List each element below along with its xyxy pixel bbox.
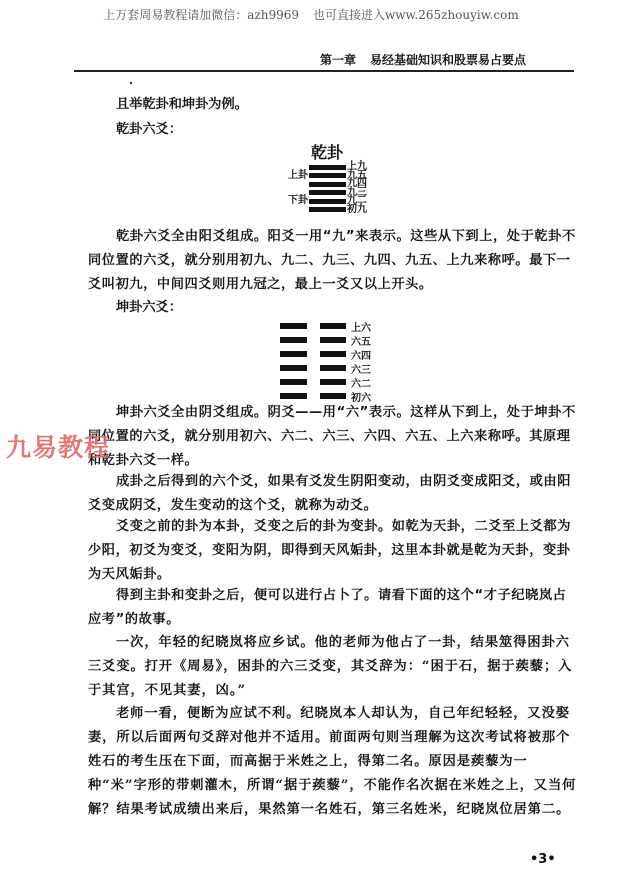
yang-line (309, 199, 346, 204)
kun-hexagram-diagram: 上六 六五 六四 六三 六二 初六 (280, 319, 371, 403)
bengua-paragraph: 爻变之前的卦为本卦，爻变之后的卦为变卦。如乾为天卦，二爻至上爻都为少阳，初爻为变… (88, 515, 580, 587)
yin-line-left (280, 393, 307, 399)
yang-line (309, 207, 346, 212)
yang-line (309, 165, 346, 170)
lower-trigram-label: 下卦 (282, 197, 309, 205)
yin-line-right (320, 323, 346, 329)
yin-line-left (280, 323, 307, 329)
yin-line-left (280, 351, 307, 357)
yin-line-right (320, 365, 346, 371)
qian-label: 乾卦六爻： (116, 118, 182, 137)
yang-line (309, 190, 346, 195)
chapter-title: 易经基础知识和股票易占要点 (370, 53, 526, 67)
watermark-suffix: 也可直接进入www.265zhouyiw.com (313, 8, 519, 22)
yin-line-left (280, 337, 307, 343)
header-rule (74, 70, 574, 72)
scan-speck (130, 82, 132, 84)
story-paragraph-2: 老师一看，便断为应试不利。纪晓岚本人却认为，自己年纪轻轻，又没娶妻，所以后面两句… (88, 702, 580, 822)
intro-line: 且举乾卦和坤卦为例。 (116, 93, 248, 112)
yin-line-left (280, 379, 307, 385)
yin-line-right (320, 379, 346, 385)
yin-line-right (320, 337, 346, 343)
story-paragraph-1: 一次，年轻的纪晓岚将应乡试。他的老师为他占了一卦，结果筮得困卦六三爻变。打开《周… (88, 631, 580, 703)
kun-paragraph: 坤卦六爻全由阴爻组成。阴爻——用“六”表示。这样从下到上，处于坤卦不同位置的六爻… (88, 401, 580, 473)
yin-line-right (320, 351, 346, 357)
yang-line (309, 173, 346, 178)
qian-diagram-title: 乾卦 (311, 140, 343, 163)
red-watermark-stamp: 九易教程 (6, 428, 110, 464)
watermark-prefix: 上万套周易教程请加微信：azh9969 (103, 8, 299, 22)
qian-paragraph: 乾卦六爻全由阳爻组成。阳爻一用“九”来表示。这些从下到上，处于乾卦不同位置的六爻… (88, 225, 580, 297)
running-head: 第一章易经基础知识和股票易占要点 (320, 51, 526, 68)
kun-label: 坤卦六爻： (116, 296, 182, 315)
dongyao-paragraph: 成卦之后得到的六个爻，如果有爻发生阴阳变动，由阴爻变成阳爻，或由阳爻变成阴爻，发… (88, 470, 580, 518)
yang-line (309, 182, 346, 187)
top-watermark: 上万套周易教程请加微信：azh9969也可直接进入www.265zhouyiw.… (0, 6, 622, 23)
yin-line-left (280, 365, 307, 371)
yin-line-right (320, 393, 346, 399)
upper-trigram-label: 上卦 (282, 172, 309, 180)
zhanbu-paragraph: 得到主卦和变卦之后，便可以进行占卜了。请看下面的这个“才子纪晓岚占应考”的故事。 (88, 584, 580, 632)
qian-hexagram-diagram: 上九 上卦九五 九四 九三 下卦九二 初九 (282, 163, 367, 214)
chapter-number: 第一章 (320, 53, 356, 67)
page-number: •3• (530, 852, 556, 867)
